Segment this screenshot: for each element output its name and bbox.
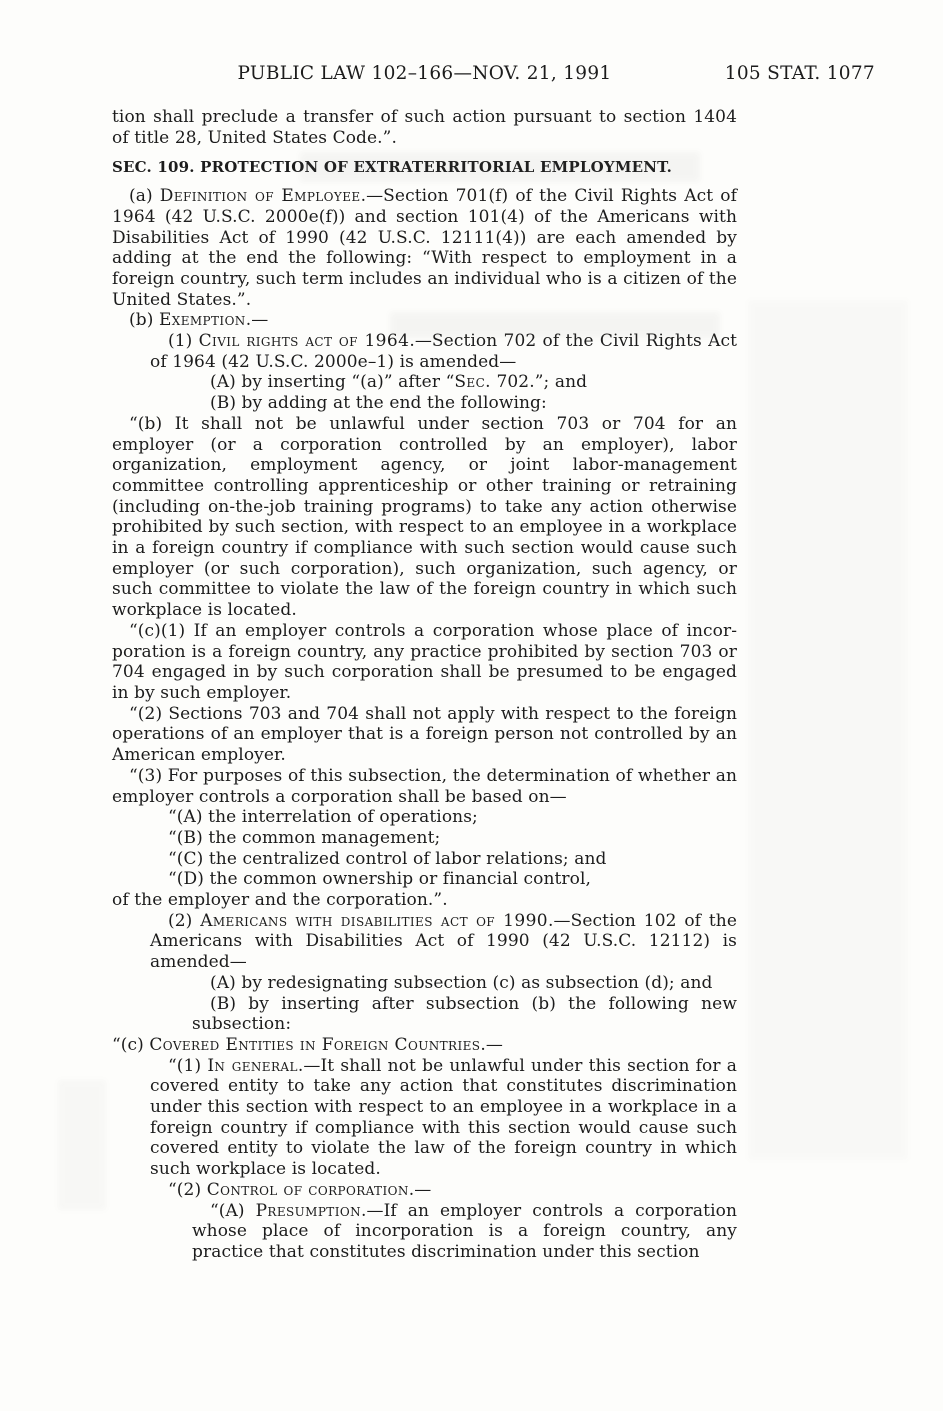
text-run: .— bbox=[246, 310, 269, 330]
small-caps-term: Civil rights act of 1964 bbox=[199, 331, 410, 351]
text-run: “(B) the common management; bbox=[168, 828, 440, 848]
text-run: “(c) bbox=[112, 1035, 149, 1055]
quoted-702-c3-C: “(C) the centralized control of labor re… bbox=[150, 849, 737, 870]
page-title: PUBLIC LAW 102–166—NOV. 21, 1991 bbox=[112, 63, 737, 84]
small-caps-term: Presumption bbox=[256, 1201, 361, 1221]
quoted-702-b: “(b) It shall not be unlawful under sect… bbox=[112, 414, 737, 621]
text-run: (A) by redesignating subsection (c) as s… bbox=[210, 973, 713, 993]
para-b2-ada-1990: (2) Americans with disabilities act of 1… bbox=[150, 911, 737, 973]
continuation-paragraph: tion shall preclude a transfer of such a… bbox=[112, 107, 737, 148]
text-run: (B) by inserting after subsection (b) th… bbox=[192, 994, 737, 1035]
text-run: 702.”; and bbox=[491, 372, 587, 392]
text-run: tion shall preclude a transfer of such a… bbox=[112, 107, 737, 148]
item-b1-B: (B) by adding at the end the following: bbox=[192, 393, 737, 414]
text-run: “(D) the common ownership or financial c… bbox=[168, 869, 591, 889]
small-caps-term: Exemption bbox=[159, 310, 246, 330]
quoted-702-c3-closing: of the employer and the corporation.”. bbox=[112, 890, 737, 911]
quoted-ada-c1-in-general: “(1) In general.—It shall not be unlawfu… bbox=[150, 1056, 737, 1180]
text-run: .— bbox=[480, 1035, 503, 1055]
text-run: (a) bbox=[129, 186, 160, 206]
quoted-702-c3: “(3) For purposes of this subsection, th… bbox=[112, 766, 737, 807]
quoted-ada-c2-control-of-corporation: “(2) Control of corporation.— bbox=[150, 1180, 737, 1201]
small-caps-term: Definition of Employee bbox=[160, 186, 361, 206]
text-run: “(2) Sections 703 and 704 shall not appl… bbox=[112, 704, 737, 765]
text-run: “(A) bbox=[210, 1201, 256, 1221]
quoted-ada-c2-A-presumption: “(A) Presumption.—If an employer control… bbox=[192, 1201, 737, 1263]
text-run: of the employer and the corporation.”. bbox=[112, 890, 448, 910]
text-run: “(C) the centralized control of labor re… bbox=[168, 849, 607, 869]
quoted-702-c3-D: “(D) the common ownership or financial c… bbox=[150, 869, 737, 890]
para-b1-civil-rights-act-1964: (1) Civil rights act of 1964.—Section 70… bbox=[150, 331, 737, 372]
small-caps-term: In general bbox=[207, 1056, 298, 1076]
small-caps-term: Control of corporation bbox=[207, 1180, 409, 1200]
text-run: “(2) bbox=[168, 1180, 207, 1200]
quoted-702-c3-A: “(A) the interrelation of operations; bbox=[150, 807, 737, 828]
text-run: “(b) It shall not be unlawful under sect… bbox=[112, 414, 737, 620]
text-run: (A) by inserting “(a)” after “ bbox=[210, 372, 454, 392]
sec-109-heading: SEC. 109. PROTECTION OF EXTRATERRITORIAL… bbox=[112, 157, 737, 178]
statute-page: PUBLIC LAW 102–166—NOV. 21, 1991 105 STA… bbox=[0, 0, 943, 1411]
text-run: .— bbox=[409, 1180, 432, 1200]
small-caps-term: Covered Entities in Foreign Countries bbox=[149, 1035, 480, 1055]
running-header: PUBLIC LAW 102–166—NOV. 21, 1991 105 STA… bbox=[112, 63, 875, 91]
stat-page-number: 105 STAT. 1077 bbox=[725, 63, 875, 84]
quoted-702-c3-B: “(B) the common management; bbox=[150, 828, 737, 849]
scan-bleedthrough-artifact bbox=[748, 300, 908, 1160]
subsec-b-exemption: (b) Exemption.— bbox=[112, 310, 737, 331]
text-run: SEC. 109. PROTECTION OF EXTRATERRITORIAL… bbox=[112, 158, 672, 176]
text-run: (2) bbox=[168, 911, 200, 931]
quoted-702-c1: “(c)(1) If an employer controls a corpor… bbox=[112, 621, 737, 704]
quoted-ada-c-covered-entities: “(c) Covered Entities in Foreign Countri… bbox=[112, 1035, 737, 1056]
quoted-702-c2: “(2) Sections 703 and 704 shall not appl… bbox=[112, 704, 737, 766]
text-run: (B) by adding at the end the following: bbox=[210, 393, 547, 413]
small-caps-term: Sec. bbox=[454, 372, 491, 392]
text-run: (b) bbox=[129, 310, 159, 330]
scan-bleedthrough-artifact bbox=[58, 1080, 106, 1210]
item-b2-B: (B) by inserting after subsection (b) th… bbox=[192, 994, 737, 1035]
statute-text: tion shall preclude a transfer of such a… bbox=[112, 107, 737, 1263]
small-caps-term: Americans with disabilities act of 1990 bbox=[200, 911, 548, 931]
item-b2-A: (A) by redesignating subsection (c) as s… bbox=[192, 973, 737, 994]
text-run: “(3) For purposes of this subsection, th… bbox=[112, 766, 737, 807]
text-run: (1) bbox=[168, 331, 199, 351]
text-run: “(A) the interrelation of operations; bbox=[168, 807, 478, 827]
text-run: “(c)(1) If an employer controls a corpor… bbox=[112, 621, 737, 703]
subsec-a-definition-of-employee: (a) Definition of Employee.—Section 701(… bbox=[112, 186, 737, 310]
text-run: “(1) bbox=[168, 1056, 207, 1076]
item-b1-A: (A) by inserting “(a)” after “Sec. 702.”… bbox=[192, 372, 737, 393]
